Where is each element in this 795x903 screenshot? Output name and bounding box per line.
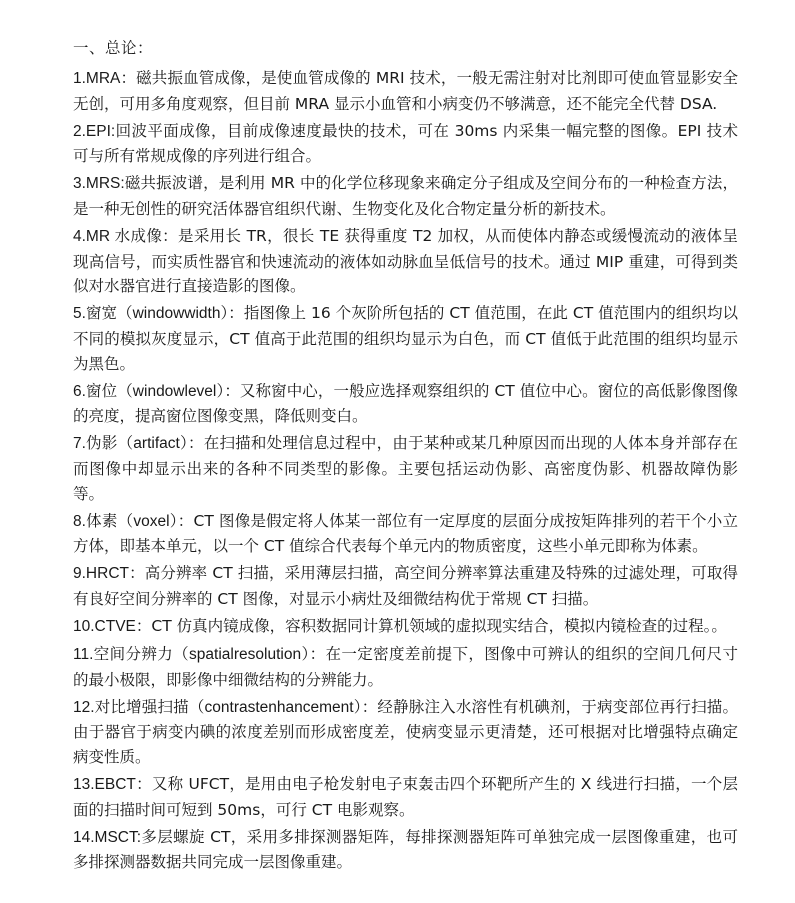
definition-epi: 2.EPI:回波平面成像，目前成像速度最快的技术，可在 30ms 内采集一幅完整… [73, 119, 738, 169]
definition-text: 又称 UFCT，是用由电子枪发射电子束轰击四个环靶所产生的 X 线进行扫描，一个… [73, 775, 738, 819]
definition-text: 磁共振血管成像，是使血管成像的 MRI 技术，一般无需注射对比剂即可使血管显影安… [73, 69, 738, 113]
term-label: 10.CTVE： [73, 618, 151, 635]
definition-ctve: 10.CTVE：CT 仿真内镜成像，容积数据同计算机领域的虚拟现实结合，模拟内镜… [73, 614, 738, 640]
definition-text: 磁共振波谱，是利用 MR 中的化学位移现象来确定分子组成及空间分布的一种检查方法… [73, 174, 738, 218]
term-label: 13.EBCT： [73, 776, 152, 793]
definition-voxel: 8.体素（voxel）：CT 图像是假定将人体某一部位有一定厚度的层面分成按矩阵… [73, 509, 738, 559]
term-label: 3.MRS: [73, 175, 125, 192]
term-label: 6.窗位（windowlevel）： [73, 383, 240, 400]
term-label: 11.空间分辨力（spatialresolution）： [73, 646, 325, 663]
definition-mr-hydrography: 4.MR 水成像：是采用长 TR，很长 TE 获得重度 T2 加权，从而使体内静… [73, 224, 738, 299]
definition-hrct: 9.HRCT：高分辨率 CT 扫描，采用薄层扫描，高空间分辨率算法重建及特殊的过… [73, 561, 738, 611]
definition-ebct: 13.EBCT：又称 UFCT，是用由电子枪发射电子束轰击四个环靶所产生的 X … [73, 772, 738, 822]
term-label: 5.窗宽（windowwidth）： [73, 305, 244, 322]
definition-text: 高分辨率 CT 扫描，采用薄层扫描，高空间分辨率算法重建及特殊的过滤处理，可取得… [73, 564, 738, 608]
definition-window-level: 6.窗位（windowlevel）：又称窗中心，一般应选择观察组织的 CT 值位… [73, 379, 738, 429]
term-label: 8.体素（voxel）： [73, 513, 194, 530]
definition-window-width: 5.窗宽（windowwidth）：指图像上 16 个灰阶所包括的 CT 值范围… [73, 301, 738, 376]
term-label: 9.HRCT： [73, 565, 145, 582]
term-label: 7.伪影（artifact）： [73, 435, 204, 452]
term-label: 14.MSCT: [73, 829, 141, 846]
document-page: 一、总论： 1.MRA：磁共振血管成像，是使血管成像的 MRI 技术，一般无需注… [73, 36, 738, 877]
definition-text: 多层螺旋 CT，采用多排探测器矩阵，每排探测器矩阵可单独完成一层图像重建，也可多… [73, 828, 738, 872]
term-label: 4.MR 水成像： [73, 228, 178, 245]
definition-mra: 1.MRA：磁共振血管成像，是使血管成像的 MRI 技术，一般无需注射对比剂即可… [73, 66, 738, 116]
definition-msct: 14.MSCT:多层螺旋 CT，采用多排探测器矩阵，每排探测器矩阵可单独完成一层… [73, 825, 738, 875]
definition-artifact: 7.伪影（artifact）：在扫描和处理信息过程中，由于某种或某几种原因而出现… [73, 431, 738, 506]
definition-mrs: 3.MRS:磁共振波谱，是利用 MR 中的化学位移现象来确定分子组成及空间分布的… [73, 171, 738, 221]
definition-text: 回波平面成像，目前成像速度最快的技术，可在 30ms 内采集一幅完整的图像。EP… [73, 122, 738, 166]
term-label: 1.MRA： [73, 70, 136, 87]
section-heading: 一、总论： [73, 36, 738, 61]
term-label: 12.对比增强扫描（contrastenhancement）： [73, 699, 377, 716]
definition-text: CT 仿真内镜成像，容积数据同计算机领域的虚拟现实结合，模拟内镜检查的过程。。 [151, 617, 726, 635]
term-label: 2.EPI: [73, 123, 115, 140]
definition-spatial-resolution: 11.空间分辨力（spatialresolution）：在一定密度差前提下，图像… [73, 642, 738, 692]
definition-contrast-enhancement: 12.对比增强扫描（contrastenhancement）：经静脉注入水溶性有… [73, 695, 738, 770]
